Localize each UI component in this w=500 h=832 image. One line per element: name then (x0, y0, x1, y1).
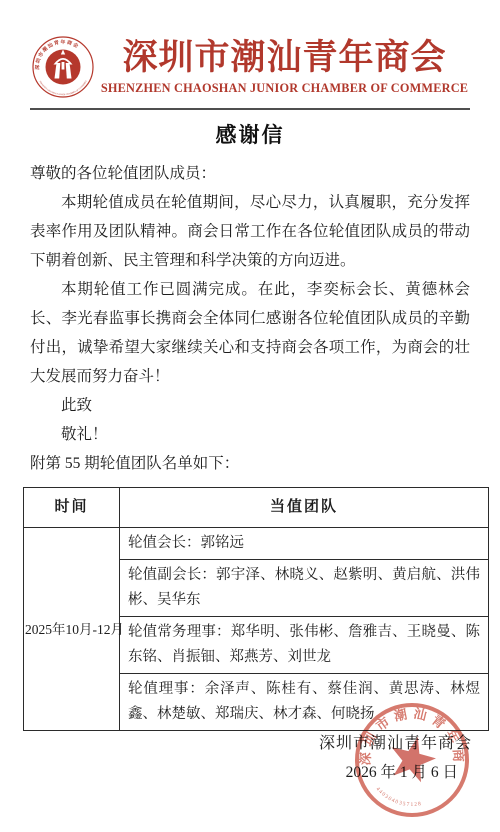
org-header-text: 深圳市潮汕青年商会 SHENZHEN CHAOSHAN JUNIOR CHAMB… (101, 38, 468, 96)
duty-roster-table: 时间 当值团队 2025年10月-12月 轮值会长：郭铭远 轮值副会长：郭宇泽、… (23, 487, 489, 731)
seal-star (389, 735, 437, 783)
letter-page: 深圳市潮汕青年商会 SHENZHEN CHAOSHAN JUNIOR CHAMB… (0, 0, 500, 832)
table-header-row: 时间 当值团队 (24, 488, 489, 528)
paragraph-1: 本期轮值成员在轮值期间，尽心尽力，认真履职，充分发挥表率作用及团队精神。商会日常… (30, 188, 470, 275)
col-header-team: 当值团队 (120, 488, 489, 528)
closing-cizhi: 此致 (30, 391, 470, 420)
closing-jingli: 敬礼！ (30, 420, 470, 449)
duty-executive-directors: 轮值常务理事：郑华明、张伟彬、詹雅吉、王晓曼、陈东铭、肖振钿、郑燕芳、刘世龙 (120, 617, 489, 674)
table-row: 2025年10月-12月 轮值会长：郭铭远 (24, 528, 489, 560)
salutation: 尊敬的各位轮值团队成员： (30, 159, 470, 188)
letter-title: 感谢信 (0, 123, 500, 149)
duty-vice-presidents: 轮值副会长：郭宇泽、林晓义、赵紫明、黄启航、洪伟彬、吴华东 (120, 560, 489, 617)
duty-period: 2025年10月-12月 (24, 528, 120, 731)
org-logo-icon: 深圳市潮汕青年商会 SHENZHEN CHAOSHAN JUNIOR CHAMB… (32, 36, 94, 98)
org-header: 深圳市潮汕青年商会 SHENZHEN CHAOSHAN JUNIOR CHAMB… (0, 36, 500, 98)
org-title-cn: 深圳市潮汕青年商会 (101, 38, 468, 78)
attachment-note: 附第 55 期轮值团队名单如下： (30, 449, 470, 478)
org-title-en: SHENZHEN CHAOSHAN JUNIOR CHAMBER OF COMM… (101, 81, 468, 96)
paragraph-2: 本期轮值工作已圆满完成。在此，李奕标会长、黄德林会长、李光春监事长携商会全体同仁… (30, 275, 470, 391)
col-header-time: 时间 (24, 488, 120, 528)
letter-body: 尊敬的各位轮值团队成员： 本期轮值成员在轮值期间，尽心尽力，认真履职，充分发挥表… (0, 159, 500, 731)
header-divider (30, 108, 470, 110)
duty-president: 轮值会长：郭铭远 (120, 528, 489, 560)
official-seal: 深圳市潮汕青年商会 4403040357128 (352, 700, 472, 820)
